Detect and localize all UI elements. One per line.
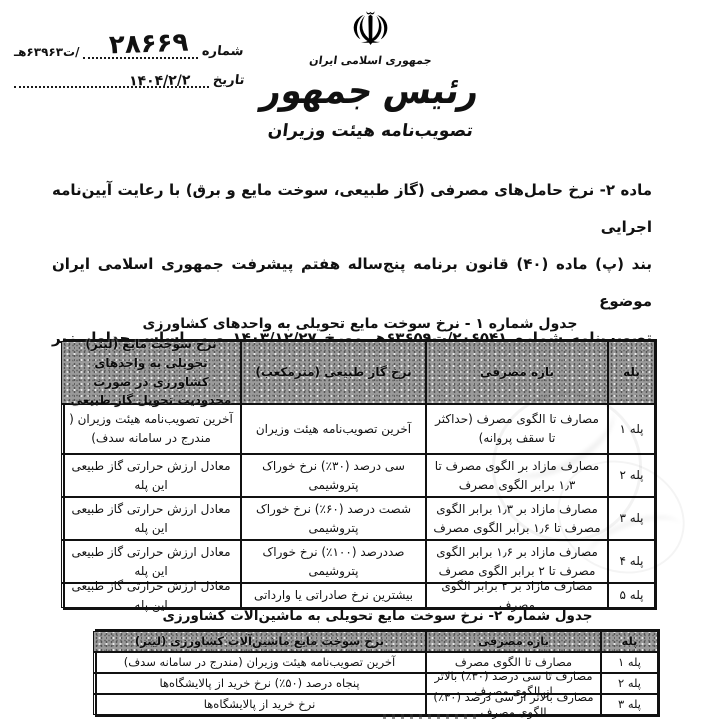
table1-row3-range: مصارف مازاد بر ۱٫۳ برابر الگوی مصرف تا ۱… (426, 497, 608, 540)
table2-row1-rate: آخرین تصویب‌نامه هیئت وزیران (مندرج در س… (93, 652, 426, 673)
table1-header-consumption-range: بازه مصرفی (426, 341, 608, 404)
paragraph-line: ماده ۲- نرخ حامل‌های مصرفی (گاز طبیعی، س… (52, 172, 652, 246)
table1-row2-fuel: معادل ارزش حرارتی گاز طبیعی این پله (61, 454, 241, 497)
table1-row5-range: مصارف مازاد بر ۲ برابر الگوی مصرف (426, 583, 608, 608)
table2-header-fuel-rate: نرخ سوخت مایع ماشین‌آلات کشاورزی (لیتر) (93, 631, 426, 652)
table1-row5-fuel: معادل ارزش حرارتی گاز طبیعی این پله (61, 583, 241, 608)
table1-row2-step: پله ۲ (608, 454, 655, 497)
table1-title: جدول شماره ۱ - نرخ سوخت مایع تحویلی به و… (63, 316, 657, 332)
table1-header-liquid-fuel-rate: نرخ سوخت مایع (لیتر) تحویلی به واحدهای ک… (61, 341, 241, 404)
handwritten-date: ۱۴۰۴/۲/۲ (129, 72, 191, 89)
table2-row3-range: مصارف بالاتر از سی درصد (۳۰٪) الگوی مصرف (426, 694, 601, 715)
cut-off-text-sliver (383, 714, 478, 719)
country-name: جمهوری اسلامی ایران (257, 54, 484, 67)
number-dotted-line: ۲۸۶۶۹ (83, 45, 199, 59)
reference-number-row: شماره ۲۸۶۶۹ /ت۶۳۹۶۳هـ (14, 44, 244, 59)
date-row: تاریخ ۱۴۰۴/۲/۲ (14, 73, 244, 88)
table1-row1-step: پله ۱ (608, 404, 655, 454)
table1-row1-range: مصارف تا الگوی مصرف (حداکثر تا سقف پروان… (426, 404, 608, 454)
table1-row2-gas: سی درصد (۳۰٪) نرخ خوراک پتروشیمی (241, 454, 426, 497)
table1-row1-fuel: آخرین تصویب‌نامه هیئت وزیران ( مندرج در … (61, 404, 241, 454)
letterhead: ☫ جمهوری اسلامی ایران رئیس جمهور تصویب‌ن… (258, 6, 483, 141)
number-suffix: /ت۶۳۹۶۳هـ (14, 45, 83, 59)
table1-row5-gas: بیشترین نرخ صادراتی یا وارداتی (241, 583, 426, 608)
iran-emblem-icon: ☫ (258, 6, 483, 52)
table1-header-gas-rate: نرخ گاز طبیعی (مترمکعب) (241, 341, 426, 404)
table2-row3-step: پله ۳ (601, 694, 658, 715)
table1-row3-step: پله ۳ (608, 497, 655, 540)
table1-row3-fuel: معادل ارزش حرارتی گاز طبیعی این پله (61, 497, 241, 540)
table1-row1-gas: آخرین تصویب‌نامه هیئت وزیران (241, 404, 426, 454)
table2-row3-rate: نرخ خرید از پالایشگاه‌ها (93, 694, 426, 715)
table1-row2-range: مصارف مازاد بر الگوی مصرف تا ۱٫۳ برابر ا… (426, 454, 608, 497)
office-title-calligraphy: رئیس جمهور (254, 69, 487, 112)
table2-header-step: پله (601, 631, 658, 652)
table1-fuel-rates-agricultural-units: پله بازه مصرفی نرخ گاز طبیعی (مترمکعب) ن… (63, 339, 657, 610)
table2-row2-rate: پنجاه درصد (۵۰٪) نرخ خرید از پالایشگاه‌ه… (93, 673, 426, 694)
table1-row3-gas: شصت درصد (۶۰٪) نرخ خوراک پتروشیمی (241, 497, 426, 540)
table1-header-step: پله (608, 341, 655, 404)
document-type: تصویب‌نامه هیئت وزیران (257, 121, 484, 141)
table2-fuel-rates-agricultural-machinery: پله بازه مصرفی نرخ سوخت مایع ماشین‌آلات … (95, 629, 660, 717)
handwritten-number: ۲۸۶۶۹ (109, 28, 189, 61)
reference-stamp-block: شماره ۲۸۶۶۹ /ت۶۳۹۶۳هـ تاریخ ۱۴۰۴/۲/۲ (14, 44, 244, 102)
number-label: شماره (198, 44, 245, 59)
date-label: تاریخ (208, 73, 245, 88)
scanned-decree-document: شماره ۲۸۶۶۹ /ت۶۳۹۶۳هـ تاریخ ۱۴۰۴/۲/۲ ☫ ج… (0, 0, 705, 720)
table2-title: جدول شماره ۲- نرخ سوخت مایع تحویلی به ما… (95, 608, 660, 624)
table1-row4-step: پله ۴ (608, 540, 655, 583)
table1-row5-step: پله ۵ (608, 583, 655, 608)
paragraph-line: بند (پ) ماده (۴۰) قانون برنامه پنج‌ساله … (52, 246, 652, 320)
table2-row1-step: پله ۱ (601, 652, 658, 673)
date-dotted-line: ۱۴۰۴/۲/۲ (14, 74, 209, 88)
table2-header-consumption-range: بازه مصرفی (426, 631, 601, 652)
table2-row2-step: پله ۲ (601, 673, 658, 694)
table1-row4-gas: صددرصد (۱۰۰٪) نرخ خوراک پتروشیمی (241, 540, 426, 583)
